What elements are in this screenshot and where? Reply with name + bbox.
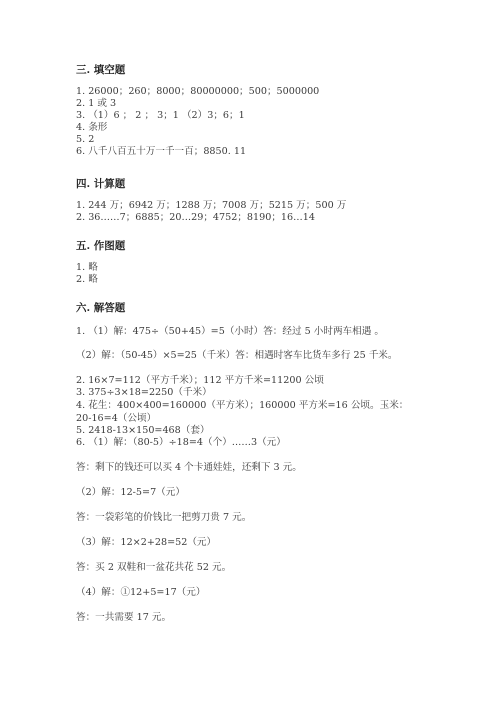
fill-blank-line-6: 6. 八千八百五十万一千一百；8850. 11 [76, 146, 246, 158]
answer-line-10: 答：一袋彩笔的价钱比一把剪刀贵 7 元。 [76, 512, 251, 524]
answer-line-11: （3）解：12×2+28=52（元） [76, 537, 216, 549]
answer-line-6: 5. 2418-13×150=468（套） [76, 425, 210, 437]
answer-line-8: 答：剩下的钱还可以买 4 个卡通娃娃，还剩下 3 元。 [76, 462, 302, 474]
drawing-line-1: 1. 略 [76, 262, 98, 274]
answer-line-14: 答：一共需要 17 元。 [76, 612, 171, 624]
fill-blank-line-2: 2. 1 或 3 [76, 98, 116, 110]
answer-line-2: （2）解：（50-45）×5=25（千米）答：相遇时客车比货车多行 25 千米。 [76, 350, 398, 362]
calculation-line-2: 2. 36……7；6885；20…29；4752；8190；16…14 [76, 212, 315, 224]
fill-blank-line-4: 4. 条形 [76, 122, 107, 134]
section-title-drawing: 五. 作图题 [76, 238, 125, 253]
answer-line-13: （4）解：①12+5=17（元） [76, 587, 205, 599]
answer-line-4: 3. 375÷3×18=2250（千米） [76, 387, 212, 399]
answer-line-7: 6. （1）解：（80-5）÷18=4（个）……3（元） [76, 437, 286, 449]
drawing-line-2: 2. 略 [76, 274, 98, 286]
answer-line-5: 4. 花生：400×400=160000（平方米）；160000 平方米=16 … [76, 400, 416, 425]
section-title-fill-blank: 三. 填空题 [76, 62, 125, 77]
fill-blank-line-3: 3. （1）6 ； 2 ； 3；1 （2）3；6；1 [76, 110, 245, 122]
section-title-answer: 六. 解答题 [76, 300, 125, 315]
fill-blank-line-1: 1. 26000；260；8000；80000000；500；5000000 [76, 86, 319, 98]
answer-line-1: 1. （1）解：475÷（50+45）=5（小时）答：经过 5 小时两车相遇 。 [76, 326, 384, 338]
answer-line-3: 2. 16×7=112（平方千米）；112 平方千米=11200 公顷 [76, 375, 324, 387]
calculation-line-1: 1. 244 万；6942 万；1288 万；7008 万；5215 万；500… [76, 200, 346, 212]
answer-line-9: （2）解：12-5=7（元） [76, 487, 185, 499]
document-page: 三. 填空题 1. 26000；260；8000；80000000；500；50… [0, 0, 500, 707]
answer-line-12: 答：买 2 双鞋和一盆花共花 52 元。 [76, 562, 231, 574]
section-title-calculation: 四. 计算题 [76, 176, 125, 191]
fill-blank-line-5: 5. 2 [76, 134, 94, 146]
